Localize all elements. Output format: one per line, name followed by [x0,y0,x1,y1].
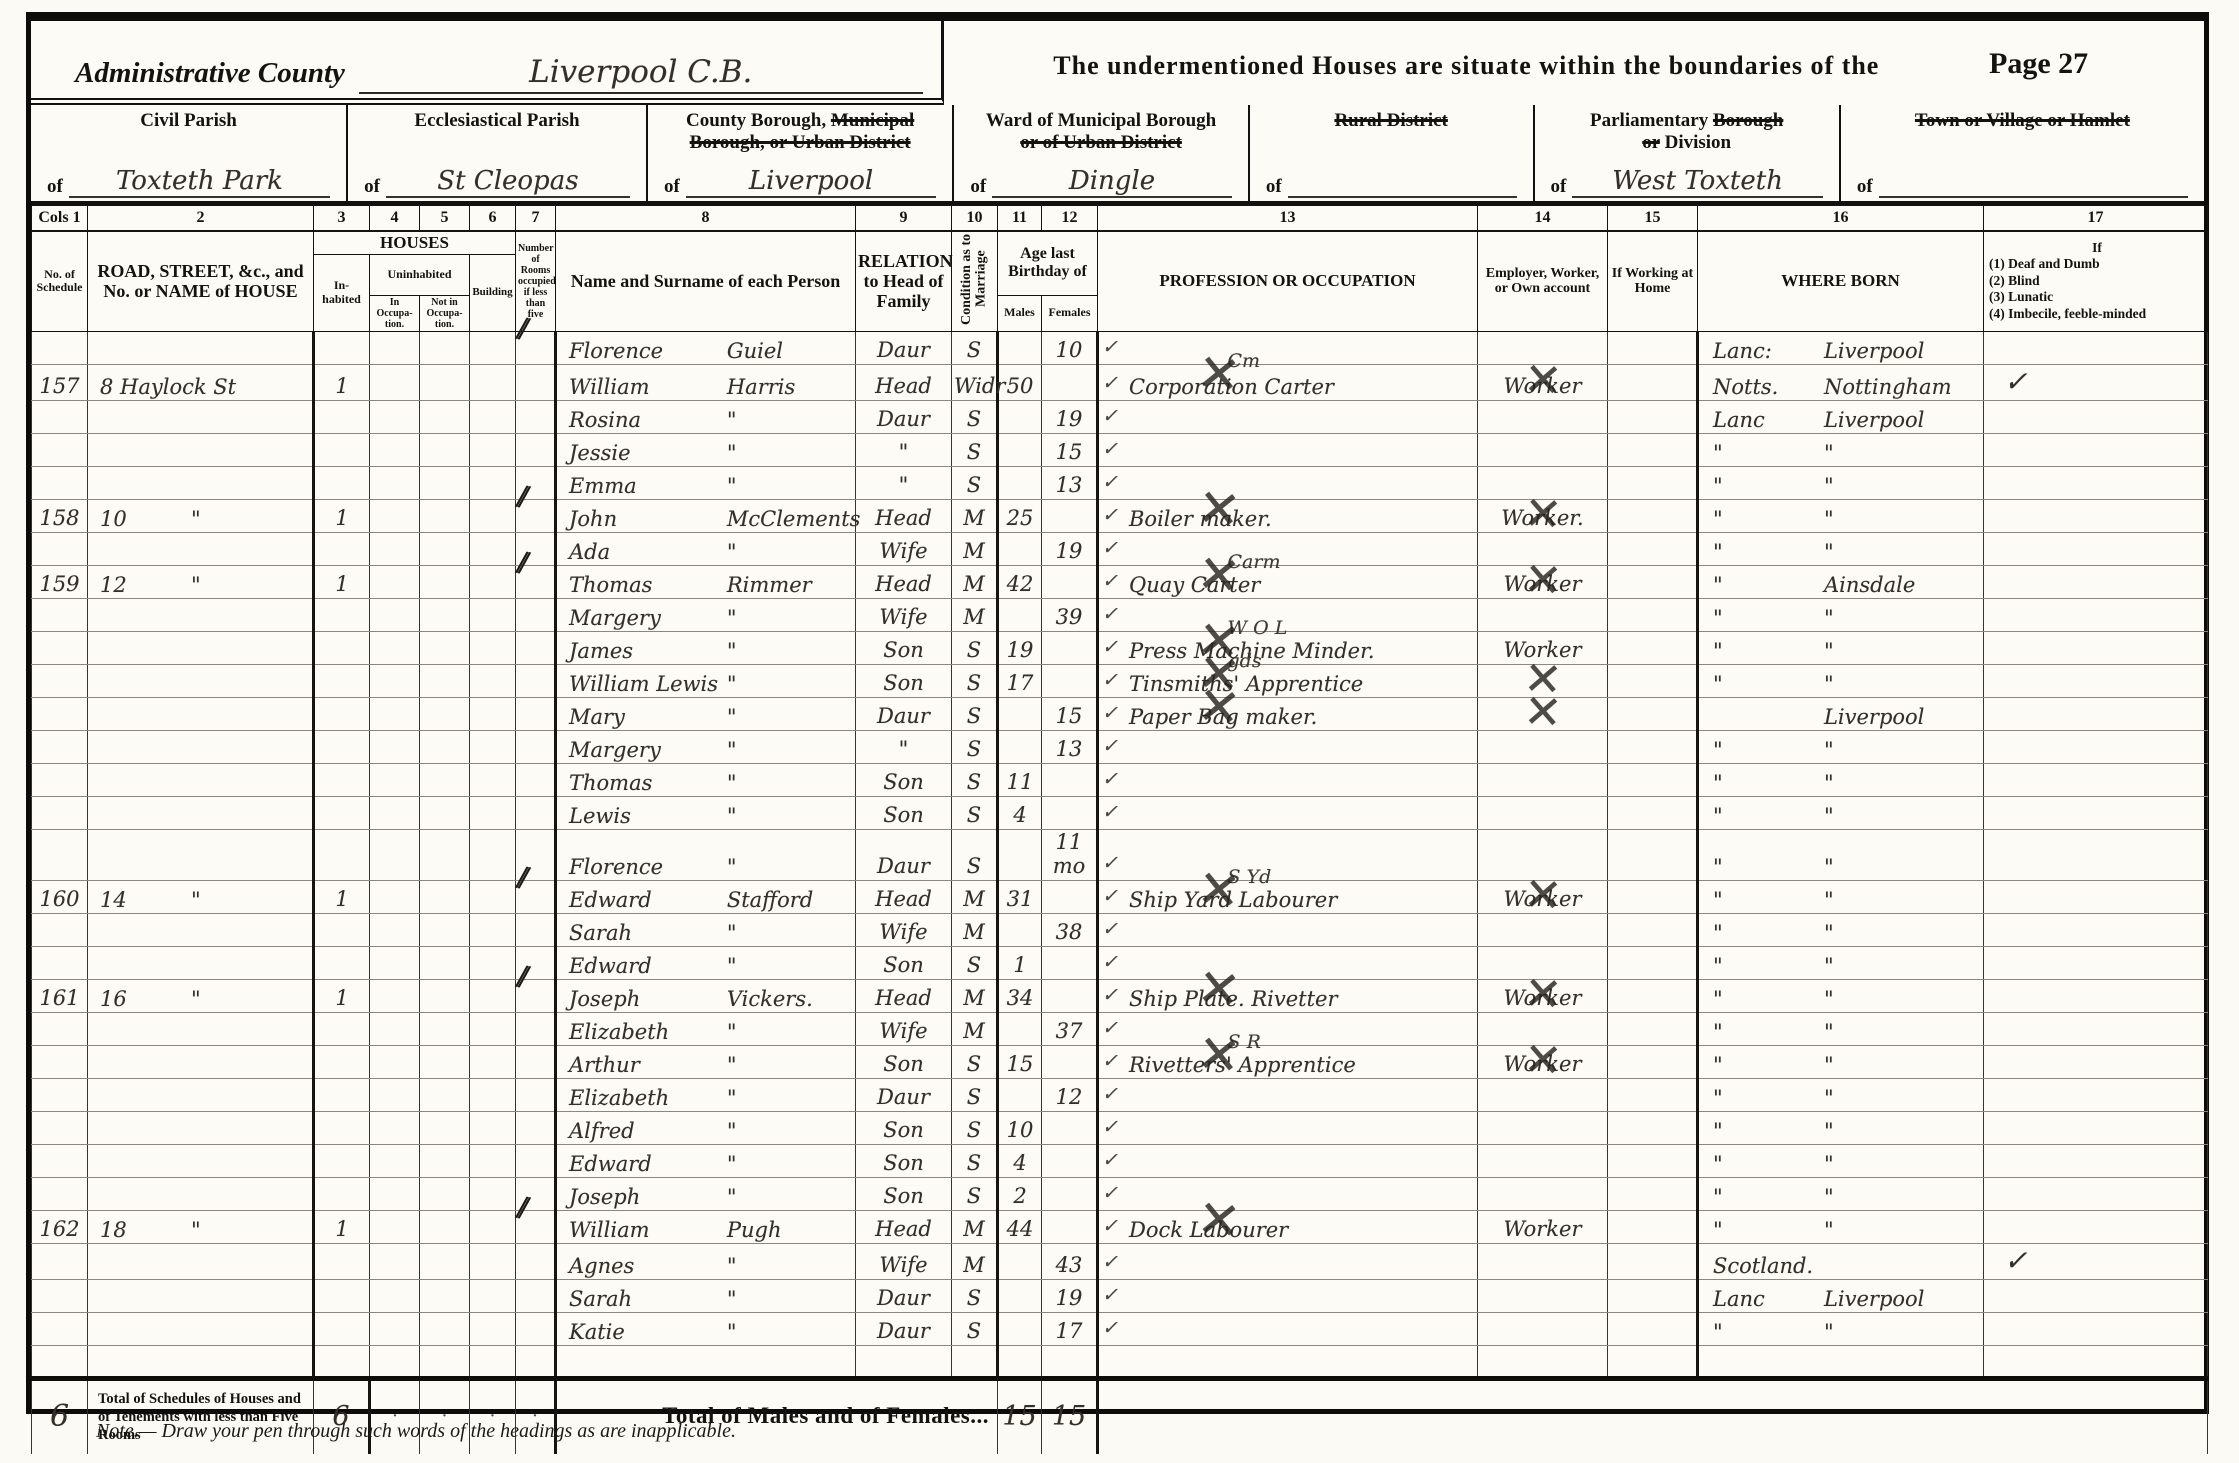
cell-rooms [516,400,556,433]
cell-uninhabited-in-occupation [370,1243,420,1279]
born-place-text: " [1824,921,1834,945]
cell-occupation: ✓ [1098,913,1478,946]
cell-uninhabited-in-occupation [370,400,420,433]
cell-relation: Daur [856,1312,952,1345]
cell-schedule-number [32,796,88,829]
col-number: 4 [370,206,420,231]
enumeration-tick-mark: ✓ [1102,1251,1118,1273]
cell-uninhabited-in-occupation [370,1045,420,1078]
cell-working-at-home [1608,400,1698,433]
cell-name [556,1345,856,1378]
cell-rooms: // [516,880,556,913]
born-place-text: Ainsdale [1824,573,1915,597]
cell-building [470,763,516,796]
cell-age-male: 31 [998,880,1042,913]
cell-where-born: "" [1698,1111,1984,1144]
cell-working-at-home [1608,1312,1698,1345]
cell-age-female [1042,631,1098,664]
cell-schedule-number: 158 [32,499,88,532]
cell-where-born: "" [1698,730,1984,763]
census-table: Cols 1 2 3 4 5 6 7 8 9 10 11 12 13 14 15… [31,205,2208,1454]
cell-working-at-home [1608,1111,1698,1144]
col-header-where-born: WHERE BORN [1698,231,1984,332]
born-place-text: " [1824,1020,1834,1044]
table-row: 16014"1//EdwardStaffordHeadM31✓Ship Yard… [32,880,2208,913]
born-county-text: " [1713,672,1723,696]
cell-infirmity [1984,565,2208,598]
enumeration-tick-mark: ✓ [1102,1083,1118,1105]
district-of-label: of [364,176,386,198]
cell-condition: M [952,499,998,532]
cell-age-female: 39 [1042,598,1098,631]
col-header-males: Males [998,295,1042,331]
enumeration-tick-mark: ✓ [1102,372,1118,394]
district-town-village-hamlet: Town or Village or Hamletof [1839,105,2204,201]
cell-infirmity [1984,532,2208,565]
cell-uninhabited-not-in-occupation [420,946,470,979]
col-number: 2 [88,206,314,231]
born-place-text: " [1824,672,1834,696]
cell-occupation: ✓ [1098,1078,1478,1111]
col-header-uninhabited: Uninhabited [370,254,470,295]
cell-building [470,1177,516,1210]
surname-text: " [727,606,737,630]
cell-name: Alfred" [556,1111,856,1144]
cell-working-at-home [1608,979,1698,1012]
cell-employer-worker [1478,1345,1608,1378]
road-text: 8 Haylock St [100,375,236,399]
cell-infirmity [1984,400,2208,433]
cell-schedule-number [32,1177,88,1210]
cell-relation: Daur [856,829,952,880]
road-text: 14 [100,888,127,912]
cell-working-at-home [1608,1243,1698,1279]
enumeration-tick-mark: ✓ [1102,1317,1118,1339]
born-place-text: " [1824,639,1834,663]
cell-condition: S [952,331,998,364]
cell-employer-worker [1478,913,1608,946]
surname-text: " [727,1119,737,1143]
cell-condition: Widr [952,364,998,400]
born-place-text: " [1824,771,1834,795]
cell-road-street [88,331,314,364]
cell-uninhabited-not-in-occupation [420,829,470,880]
born-place-text: " [1824,954,1834,978]
cell-relation: Son [856,1045,952,1078]
cell-schedule-number [32,1078,88,1111]
cell-working-at-home [1608,1279,1698,1312]
cell-building [470,565,516,598]
cell-employer-worker [1478,730,1608,763]
cell-occupation: ✓ [1098,598,1478,631]
cell-relation: Head [856,880,952,913]
cell-condition: M [952,565,998,598]
census-form: Administrative County Liverpool C.B. The… [26,12,2209,1414]
cell-schedule-number [32,697,88,730]
cell-uninhabited-in-occupation [370,1210,420,1243]
born-place-text: " [1824,738,1834,762]
cell-building [470,598,516,631]
cell-age-female [1042,1111,1098,1144]
cell-occupation: ✓ [1098,400,1478,433]
cell-name: Margery" [556,598,856,631]
cell-name: Sarah" [556,913,856,946]
table-row: Ada"WifeM19✓"" [32,532,2208,565]
born-county-text: " [1713,855,1723,879]
cell-age-female: 37 [1042,1012,1098,1045]
surname-text: " [727,474,737,498]
cell-occupation: ✓Dock Labourer✕ [1098,1210,1478,1243]
district-label: Civil Parish [31,105,346,132]
cell-uninhabited-in-occupation [370,763,420,796]
cell-rooms: // [516,1210,556,1243]
cell-road-street [88,697,314,730]
cell-age-male [998,433,1042,466]
cell-rooms: // [516,331,556,364]
born-county-text: " [1713,738,1723,762]
born-place-text: " [1824,888,1834,912]
cell-building [470,1111,516,1144]
col-number: 14 [1478,206,1608,231]
cell-age-female [1042,364,1098,400]
cell-rooms [516,1078,556,1111]
cell-inhabited: 1 [314,979,370,1012]
cell-age-female: 11 mo [1042,829,1098,880]
surname-text: " [727,804,737,828]
cell-employer-worker [1478,433,1608,466]
cell-inhabited [314,1312,370,1345]
cell-working-at-home [1608,598,1698,631]
cell-rooms [516,1243,556,1279]
occupation-text: Ship Plate. Rivetter [1129,987,1338,1011]
cell-uninhabited-not-in-occupation [420,1177,470,1210]
cell-employer-worker [1478,1243,1608,1279]
forename-text: Edward [569,1152,652,1176]
cell-working-at-home [1608,466,1698,499]
cell-name: Agnes" [556,1243,856,1279]
cell-working-at-home [1608,1177,1698,1210]
cell-road-street [88,598,314,631]
born-place-text: " [1824,1086,1834,1110]
cell-inhabited [314,1243,370,1279]
forename-text: Florence [569,855,663,879]
cell-uninhabited-not-in-occupation [420,499,470,532]
cell-age-male: 34 [998,979,1042,1012]
cell-occupation: ✓ [1098,532,1478,565]
cell-relation: Daur [856,400,952,433]
cell-employer-worker [1478,1078,1608,1111]
district-ecclesiastical-parish: Ecclesiastical ParishofSt Cleopas [346,105,646,201]
cell-name: Katie" [556,1312,856,1345]
cell-condition: S [952,1045,998,1078]
cell-name: Elizabeth" [556,1078,856,1111]
cell-inhabited [314,829,370,880]
cell-occupation: ✓Tinsmiths' Apprenticegds✕ [1098,664,1478,697]
cell-inhabited: 1 [314,565,370,598]
born-place-text: Liverpool [1824,408,1924,432]
table-row: Jessie""S15✓"" [32,433,2208,466]
district-value [1879,166,2188,198]
born-county-text: Scotland. [1713,1254,1813,1278]
forename-text: William [569,375,650,399]
cell-relation: Son [856,763,952,796]
cell-where-born: "" [1698,913,1984,946]
surname-text: " [727,738,737,762]
road-text: 12 [100,573,127,597]
cell-schedule-number [32,400,88,433]
cell-building [470,979,516,1012]
cell-road-street [88,1279,314,1312]
born-place-text: " [1824,474,1834,498]
cell-road-street [88,1345,314,1378]
col-number: 15 [1608,206,1698,231]
forename-text: Jessie [569,441,631,465]
cell-schedule-number: 161 [32,979,88,1012]
cell-rooms [516,1279,556,1312]
cell-occupation: ✓ [1098,946,1478,979]
cell-inhabited: 1 [314,1210,370,1243]
district-label: County Borough, MunicipalBorough, or Urb… [648,105,952,155]
cell-relation: Daur [856,1279,952,1312]
cell-schedule-number: 159 [32,565,88,598]
cell-building [470,631,516,664]
surname-text: " [727,1086,737,1110]
cell-name: Mary" [556,697,856,730]
surname-text: " [727,1020,737,1044]
cell-age-male [998,331,1042,364]
cell-uninhabited-not-in-occupation [420,466,470,499]
born-place-text: " [1824,441,1834,465]
cell-uninhabited-in-occupation [370,913,420,946]
cell-where-born: "" [1698,466,1984,499]
cell-working-at-home [1608,1210,1698,1243]
cell-rooms [516,913,556,946]
table-row: Elizabeth"DaurS12✓"" [32,1078,2208,1111]
forename-text: Agnes [569,1254,634,1278]
cell-uninhabited-in-occupation [370,1012,420,1045]
surname-text: " [727,954,737,978]
cell-uninhabited-not-in-occupation [420,1045,470,1078]
table-row: 15912"1//ThomasRimmerHeadM42✓Quay Carter… [32,565,2208,598]
forename-text: Emma [569,474,637,498]
born-place-text: Liverpool [1824,1287,1924,1311]
cell-building [470,499,516,532]
cell-uninhabited-in-occupation [370,796,420,829]
cell-uninhabited-not-in-occupation [420,1111,470,1144]
cell-schedule-number [32,532,88,565]
cell-condition: S [952,1279,998,1312]
cell-occupation: ✓Paper Bag maker.✕ [1098,697,1478,730]
cell-rooms [516,631,556,664]
cell-where-born: "" [1698,1312,1984,1345]
cell-age-male: 42 [998,565,1042,598]
cell-condition: S [952,466,998,499]
cell-relation: Head [856,1210,952,1243]
cell-uninhabited-in-occupation [370,664,420,697]
district-value: Toxteth Park [69,166,330,198]
totals-females-value: 15 [1042,1378,1098,1454]
cell-uninhabited-in-occupation [370,880,420,913]
surname-text: " [727,1287,737,1311]
clerk-code-note: W O L [1228,617,1288,639]
born-place-text: " [1824,1185,1834,1209]
road-ditto: " [191,507,201,531]
cell-infirmity [1984,1144,2208,1177]
cell-name: James" [556,631,856,664]
cell-condition: M [952,1210,998,1243]
cell-condition: S [952,1177,998,1210]
cell-occupation: ✓ [1098,433,1478,466]
enumeration-tick-mark: ✓ [1102,735,1118,757]
cell-condition: S [952,631,998,664]
enumeration-tick-mark: ✓ [1102,1116,1118,1138]
cell-name: WilliamPugh [556,1210,856,1243]
born-county-text: Lanc: [1713,339,1772,363]
col-header-home: If Working at Home [1608,231,1698,332]
table-row: 15810"1//JohnMcClementsHeadM25✓Boiler ma… [32,499,2208,532]
cell-inhabited [314,598,370,631]
cell-schedule-number [32,829,88,880]
cell-occupation [1098,1345,1478,1378]
born-place-text: " [1824,1320,1834,1344]
cell-infirmity [1984,1078,2208,1111]
page-number: Page 27 [1989,21,2204,105]
cell-age-male [998,1078,1042,1111]
cell-occupation: ✓ [1098,331,1478,364]
col-header-females: Females [1042,295,1098,331]
cell-infirmity [1984,1045,2208,1078]
born-county-text: " [1713,639,1723,663]
forename-text: Elizabeth [569,1020,669,1044]
cell-road-street [88,433,314,466]
born-place-text: " [1824,855,1834,879]
enumeration-tick-mark: ✓ [1102,1284,1118,1306]
cell-infirmity [1984,499,2208,532]
cell-condition: S [952,730,998,763]
cell-employer-worker: Worker [1478,631,1608,664]
enumeration-tick-mark: ✓ [1102,570,1118,592]
cell-infirmity [1984,1177,2208,1210]
cell-uninhabited-in-occupation [370,829,420,880]
table-row: Emma""S13✓"" [32,466,2208,499]
census-table-body: //FlorenceGuielDaurS10✓Lanc:Liverpool157… [32,331,2208,1378]
born-place-text: " [1824,606,1834,630]
cell-infirmity [1984,1345,2208,1378]
cell-building [470,1312,516,1345]
cell-name: Arthur" [556,1045,856,1078]
col-header-road: ROAD, STREET, &c., and No. or NAME of HO… [88,231,314,332]
cell-road-street: 8 Haylock St [88,364,314,400]
road-text: 10 [100,507,127,531]
cell-age-male [998,466,1042,499]
born-place-text: " [1824,1053,1834,1077]
cell-age-male [998,1012,1042,1045]
table-row: Thomas"SonS11✓"" [32,763,2208,796]
cell-uninhabited-not-in-occupation [420,400,470,433]
cell-age-male: 25 [998,499,1042,532]
col-header-profession: PROFESSION OR OCCUPATION [1098,231,1478,332]
cell-road-street [88,466,314,499]
forename-text: Edward [569,888,652,912]
cell-infirmity [1984,946,2208,979]
cell-where-born: LancLiverpool [1698,1279,1984,1312]
cell-rooms [516,796,556,829]
cell-uninhabited-not-in-occupation [420,631,470,664]
cell-infirmity [1984,697,2208,730]
col-header-employer: Employer, Worker, or Own account [1478,231,1608,332]
col-number: 8 [556,206,856,231]
cell-building [470,1243,516,1279]
col-number: 9 [856,206,952,231]
cell-infirmity [1984,598,2208,631]
cell-working-at-home [1608,946,1698,979]
cell-rooms [516,1144,556,1177]
cell-inhabited [314,1279,370,1312]
cell-uninhabited-in-occupation [370,631,420,664]
cell-uninhabited-not-in-occupation [420,1210,470,1243]
cell-name: Emma" [556,466,856,499]
cell-working-at-home [1608,880,1698,913]
cell-age-female: 43 [1042,1243,1098,1279]
road-text: 18 [100,1218,127,1242]
road-ditto: " [191,1218,201,1242]
occupation-text: Corporation Carter [1129,375,1334,399]
cell-age-female: 19 [1042,400,1098,433]
cell-uninhabited-in-occupation [370,946,420,979]
cell-age-female [1042,1144,1098,1177]
surname-text: " [727,1185,737,1209]
district-row: Civil ParishofToxteth ParkEcclesiastical… [31,105,2204,205]
cell-age-female: 13 [1042,466,1098,499]
cell-inhabited [314,796,370,829]
enumeration-tick-mark: ✓ [1102,537,1118,559]
infirmity-check-mark: ✓ [1986,1244,2027,1277]
enumeration-tick-mark: ✓ [1102,1050,1118,1072]
born-county-text: " [1713,540,1723,564]
cell-working-at-home [1608,664,1698,697]
cell-age-female: 17 [1042,1312,1098,1345]
born-county-text: " [1713,606,1723,630]
cell-inhabited [314,1345,370,1378]
enumeration-tick-mark: ✓ [1102,702,1118,724]
cell-inhabited [314,1144,370,1177]
clerk-code-note: S R [1228,1031,1261,1053]
cell-age-male: 4 [998,796,1042,829]
cell-uninhabited-in-occupation [370,1345,420,1378]
table-row: Alfred"SonS10✓"" [32,1111,2208,1144]
cell-age-female [1042,796,1098,829]
forename-text: Thomas [569,771,652,795]
cell-infirmity [1984,913,2208,946]
surname-text: " [727,1152,737,1176]
cell-relation: Wife [856,1243,952,1279]
cell-employer-worker: Worker✕ [1478,880,1608,913]
cell-road-street [88,829,314,880]
clerk-code-note: Carm [1228,551,1281,573]
cell-schedule-number [32,631,88,664]
born-county-text: " [1713,1152,1723,1176]
cell-relation: Wife [856,598,952,631]
cell-uninhabited-in-occupation [370,364,420,400]
cell-where-born: Scotland. [1698,1243,1984,1279]
cell-schedule-number [32,664,88,697]
cell-name: Ada" [556,532,856,565]
cell-condition: S [952,433,998,466]
cell-age-male [998,1243,1042,1279]
surname-text: " [727,921,737,945]
district-of-label: of [1551,176,1573,198]
district-value: St Cleopas [386,166,630,198]
